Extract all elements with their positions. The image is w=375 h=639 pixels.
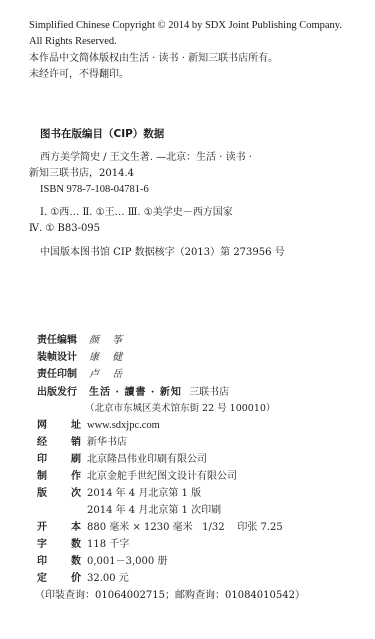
- label-char: 印: [37, 554, 47, 569]
- label-char: 数: [71, 554, 81, 569]
- label-char: 数: [71, 537, 81, 552]
- label-char: 刷: [71, 452, 81, 467]
- website-link[interactable]: www.sdxjpc.com: [87, 418, 160, 433]
- edition-value: 2014 年 4 月北京第 1 版: [87, 486, 201, 501]
- label-char: 经: [37, 435, 47, 450]
- label-char: 开: [37, 520, 47, 535]
- cip-subjects-line1: Ⅰ. ①西… Ⅱ. ①王… Ⅲ. ①美学史－西方国家: [40, 206, 233, 220]
- label-char: 本: [71, 520, 81, 535]
- production-value: 北京金舵手世纪图文设计有限公司: [87, 469, 237, 484]
- print-run-value: 0,001－3,000 册: [87, 554, 167, 569]
- cip-subjects-line2: Ⅳ. ① B83-095: [29, 222, 100, 236]
- label-char: 址: [71, 418, 81, 433]
- label-char: 销: [71, 435, 81, 450]
- label-char: 制: [37, 469, 47, 484]
- printer-value: 北京隆昌伟业印刷有限公司: [87, 452, 207, 467]
- library-record-line: 中国版本图书馆 CIP 数据核字（2013）第 273956 号: [40, 246, 285, 260]
- format-value: 880 毫米 × 1230 毫米 1/32 印张 7.25: [87, 520, 283, 535]
- label-char: 网: [37, 418, 47, 433]
- isbn: ISBN 978-7-108-04781-6: [40, 183, 149, 197]
- label-char: 定: [37, 571, 47, 586]
- label-char: 价: [71, 571, 81, 586]
- label-char: 作: [71, 469, 81, 484]
- staff-name-first: 康: [89, 350, 99, 365]
- price-value: 32.00 元: [87, 571, 129, 586]
- staff-name-first: 颜: [89, 333, 99, 348]
- label-char: 次: [71, 486, 81, 501]
- copyright-chinese-line: 本作品中文简体版权由生活 · 读书 · 新知三联书店所有。: [29, 52, 278, 66]
- publisher-brand-logo: 生活 · 讀書 · 新知: [89, 387, 182, 398]
- rights-reserved-line: All Rights Reserved.: [29, 35, 117, 49]
- word-count-value: 118 千字: [87, 537, 129, 552]
- inquiry-phone-line: （印装查询：01064002715；邮购查询：01084010542）: [35, 588, 305, 603]
- publisher-label: 出版发行: [37, 385, 85, 400]
- no-reprint-line: 未经许可，不得翻印。: [29, 68, 129, 82]
- copyright-english-line: Simplified Chinese Copyright © 2014 by S…: [29, 19, 342, 33]
- label-char: 印: [37, 452, 47, 467]
- staff-name-second: 岳: [112, 367, 122, 382]
- staff-name-first: 卢: [89, 367, 99, 382]
- staff-name-second: 健: [112, 350, 122, 365]
- staff-label: 责任印制: [37, 367, 85, 382]
- distributor-value: 新华书店: [87, 435, 127, 450]
- publisher-name: 三联书店: [189, 387, 229, 398]
- printing-value: 2014 年 4 月北京第 1 次印刷: [87, 503, 221, 518]
- staff-label: 装帧设计: [37, 350, 85, 365]
- cip-heading: 图书在版编目（CIP）数据: [40, 127, 164, 141]
- label-char: 版: [37, 486, 47, 501]
- staff-name-second: 筝: [112, 333, 122, 348]
- staff-label: 责任编辑: [37, 333, 85, 348]
- publisher-address: （北京市东城区美术馆东街 22 号 100010）: [85, 401, 275, 416]
- cip-entry-line2: 新知三联书店，2014.4: [29, 167, 134, 181]
- label-char: 字: [37, 537, 47, 552]
- cip-entry-line1: 西方美学简史 / 王文生著. —北京：生活 · 读书 ·: [40, 151, 252, 165]
